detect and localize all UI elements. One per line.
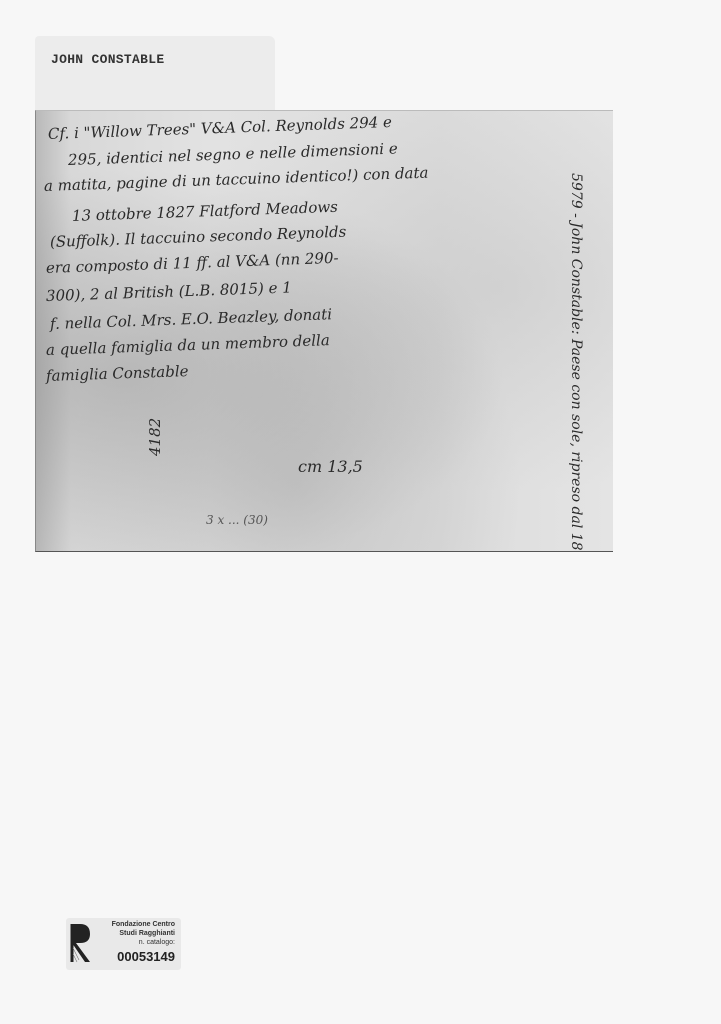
- handwritten-line: a matita, pagine di un taccuino identico…: [44, 164, 429, 195]
- foundation-name-line2: Studi Ragghianti: [119, 930, 175, 937]
- foundation-logo-icon: [70, 922, 92, 964]
- handwritten-line: Cf. i "Willow Trees" V&A Col. Reynolds 2…: [48, 113, 392, 143]
- handwritten-line: (Suffolk). Il taccuino secondo Reynolds: [50, 223, 347, 251]
- catalog-label: n. catalogo:: [139, 939, 175, 946]
- handwritten-line: f. nella Col. Mrs. E.O. Beazley, donati: [50, 305, 333, 333]
- foundation-name-line1: Fondazione Centro: [112, 921, 175, 928]
- handwritten-line: famiglia Constable: [46, 362, 189, 385]
- handwritten-line: 300), 2 al British (L.B. 8015) e 1: [46, 278, 292, 305]
- measurement-note: cm 13,5: [298, 457, 363, 476]
- artist-label-tab: JOHN CONSTABLE: [35, 36, 275, 112]
- artist-name: JOHN CONSTABLE: [51, 52, 164, 67]
- annotated-photo-card: Cf. i "Willow Trees" V&A Col. Reynolds 2…: [35, 110, 613, 552]
- inventory-number: 4182: [146, 418, 164, 456]
- handwritten-line: era composto di 11 ff. al V&A (nn 290-: [46, 249, 339, 277]
- catalog-stamp: Fondazione Centro Studi Ragghianti n. ca…: [66, 918, 181, 970]
- vertical-handwritten-note: 5979 - John Constable: Paese con sole, r…: [568, 173, 584, 552]
- handwritten-line: 295, identici nel segno e nelle dimensio…: [68, 139, 398, 169]
- handwritten-line: 13 ottobre 1827 Flatford Meadows: [72, 198, 338, 225]
- bottom-note: 3 x ... (30): [206, 513, 268, 527]
- catalog-number: 00053149: [117, 949, 175, 964]
- handwritten-line: a quella famiglia da un membro della: [46, 331, 330, 359]
